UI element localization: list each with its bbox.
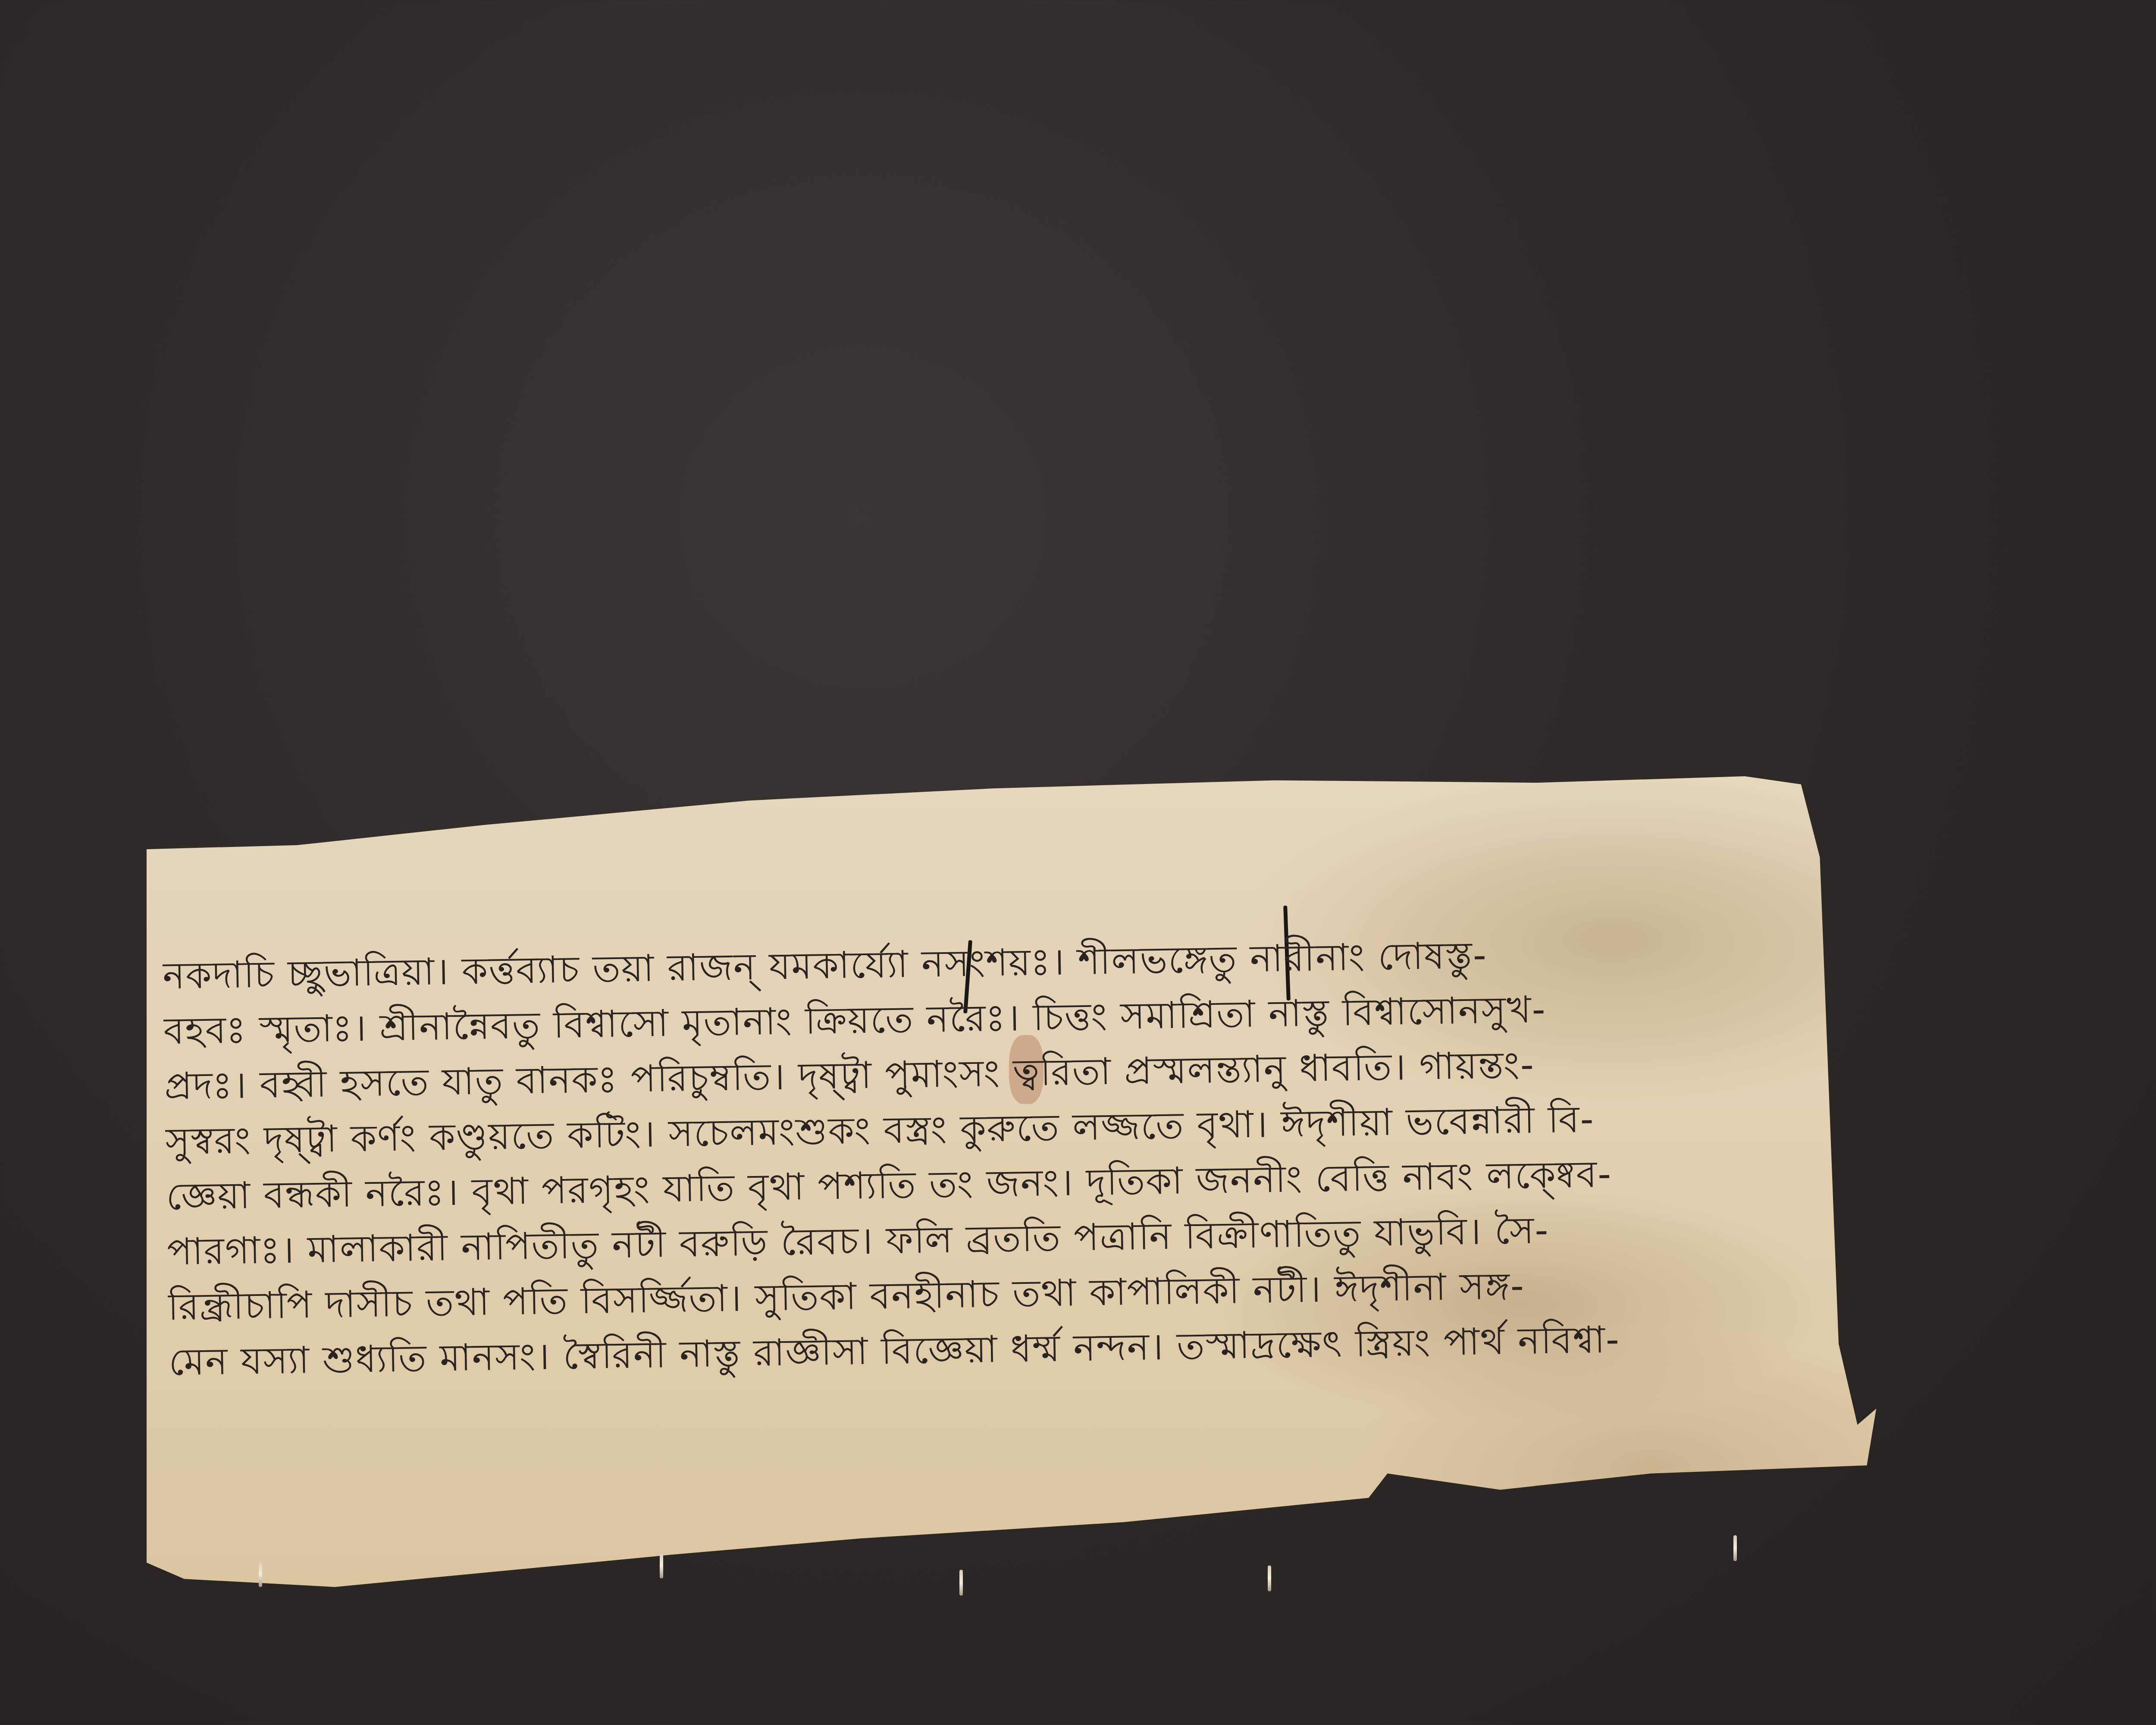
- mounting-pin: [660, 1552, 663, 1578]
- mounting-pin: [1733, 1535, 1737, 1561]
- folio-number: ২২: [1889, 1141, 1957, 1218]
- mounting-pin: [959, 1570, 963, 1596]
- dark-mounting-board: নকদাচি চ্ছুভাত্রিয়া। কর্ত্তব্যাচ তয়া র…: [0, 0, 2156, 1725]
- mounting-pin: [1268, 1565, 1271, 1591]
- manuscript-text: নকদাচি চ্ছুভাত্রিয়া। কর্ত্তব্যাচ তয়া র…: [147, 749, 1872, 1390]
- mounting-pin: [259, 1561, 262, 1587]
- manuscript-folio: নকদাচি চ্ছুভাত্রিয়া। কর্ত্তব্যাচ তয়া র…: [147, 776, 2027, 1587]
